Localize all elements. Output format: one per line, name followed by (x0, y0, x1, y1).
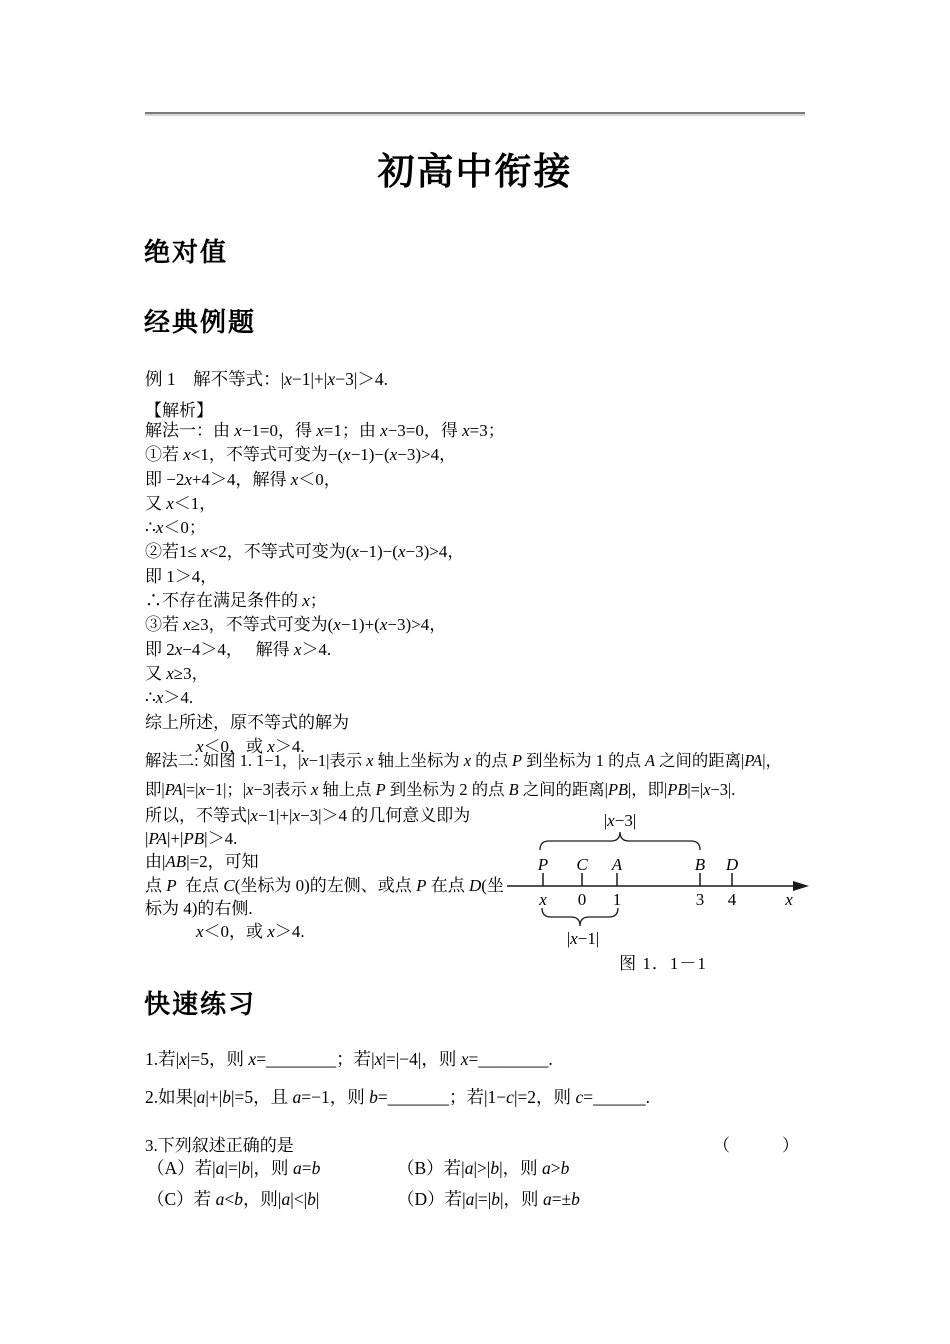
option-item: （D）若|a|=|b|，则 a=±b (397, 1188, 787, 1210)
solution-line: 即 1＞4， (145, 565, 835, 589)
solution-method-2-narrow-lines: 所以，不等式|x−1|+|x−3|＞4 的几何意义即为|PA|+|PB|＞4.由… (145, 804, 505, 943)
under-brace (542, 908, 618, 926)
solution-line: ∴x＞4. (145, 686, 835, 710)
solution-line: 即 −2x+4＞4，解得 x＜0， (145, 468, 835, 492)
solution-line: 又 x≥3， (145, 662, 835, 686)
solution-line: ③若 x≥3，不等式可变为(x−1)+(x−3)>4， (145, 613, 835, 637)
solution-line: ∴x＜0； (145, 516, 835, 540)
solution-line: 由|AB|=2，可知 (145, 850, 505, 873)
solution-line: 标为 4)的右侧. (145, 897, 505, 920)
header-divider (145, 112, 805, 114)
solution-line: 又 x＜1， (145, 492, 835, 516)
answer-blank-parentheses: （ ） (713, 1131, 805, 1156)
solution-line: ①若 x<1，不等式可变为−(x−1)−(x−3)>4， (145, 443, 835, 467)
solution-line: 即|PA|=|x−1|；|x−3|表示 x 轴上点 P 到坐标为 2 的点 B … (145, 776, 835, 805)
section-heading-absolute-value: 绝对值 (144, 232, 228, 269)
solution-line: 点 P 在点 C(坐标为 0)的左侧、或点 P 在点 D(坐 (145, 874, 505, 897)
axis-arrow-icon (793, 881, 809, 891)
analysis-label: 【解析】 (145, 396, 213, 421)
solution-line: 解法二: 如图 1. 1−1，|x−1|表示 x 轴上坐标为 x 的点 P 到坐… (145, 747, 835, 776)
section-heading-classic-examples: 经典例题 (144, 302, 256, 339)
point-label-C: C (576, 855, 587, 875)
brace-label-x-minus-1: |x−1| (567, 929, 599, 949)
point-label-B: B (695, 855, 705, 875)
section-heading-quick-practice: 快速练习 (144, 984, 256, 1021)
option-item: （C）若 a<b，则|a|<|b| (147, 1188, 397, 1210)
axis-label-x: x (785, 890, 793, 910)
solution-method-2-full-lines: 解法二: 如图 1. 1−1，|x−1|表示 x 轴上坐标为 x 的点 P 到坐… (145, 747, 835, 804)
solution-line: 解法一：由 x−1=0，得 x=1；由 x−3=0，得 x=3； (145, 419, 835, 443)
brace-label-x-minus-3: |x−3| (604, 811, 636, 831)
option-item: （A）若|a|=|b|，则 a=b (147, 1157, 397, 1179)
question-3-text: 3.下列叙述正确的是 (145, 1136, 294, 1155)
tick-label-0: 0 (578, 890, 587, 910)
figure-caption: 图 1．1－1 (619, 949, 707, 974)
example-1-problem: 例 1 解不等式：|x−1|+|x−3|＞4. (145, 366, 388, 391)
solution-line: |PA|+|PB|＞4. (145, 827, 505, 850)
tick-label-x: x (539, 890, 547, 910)
solution-method-1: 解法一：由 x−1=0，得 x=1；由 x−3=0，得 x=3；①若 x<1，不… (145, 419, 835, 759)
point-label-D: D (726, 855, 738, 875)
solution-line: 综上所述，原不等式的解为 (145, 711, 835, 735)
over-brace (540, 832, 700, 850)
tick-label-4: 4 (728, 890, 737, 910)
number-line-figure: |x−3| P C A B D x 0 1 3 4 x |x−1| 图 1．1－… (505, 810, 817, 970)
solution-line: ∴不存在满足条件的 x； (145, 589, 835, 613)
question-3-options: （A）若|a|=|b|，则 a=b（B）若|a|>|b|，则 a>b（C）若 a… (147, 1157, 787, 1210)
practice-question-1: 1.若|x|=5，则 x=________；若|x|=|−4|，则 x=____… (145, 1046, 553, 1071)
solution-line: ②若1≤ x<2，不等式可变为(x−1)−(x−3)>4， (145, 540, 835, 564)
solution-line: 即 2x−4＞4， 解得 x＞4. (145, 638, 835, 662)
page-title: 初高中衔接 (145, 141, 805, 195)
number-line-graphic (505, 810, 817, 970)
point-label-P: P (538, 855, 548, 875)
tick-label-3: 3 (696, 890, 705, 910)
practice-question-3: 3.下列叙述正确的是 （ ） (145, 1131, 805, 1156)
solution-line: 所以，不等式|x−1|+|x−3|＞4 的几何意义即为 (145, 804, 505, 827)
practice-question-2: 2.如果|a|+|b|=5，且 a=−1，则 b=_______；若|1−c|=… (145, 1084, 650, 1109)
option-item: （B）若|a|>|b|，则 a>b (397, 1157, 787, 1179)
point-label-A: A (612, 855, 622, 875)
tick-label-1: 1 (613, 890, 622, 910)
solution-line: x＜0，或 x＞4. (145, 920, 505, 943)
worksheet-page: 初高中衔接 绝对值 经典例题 例 1 解不等式：|x−1|+|x−3|＞4. 【… (0, 0, 950, 1344)
solution-method-2: 解法二: 如图 1. 1−1，|x−1|表示 x 轴上坐标为 x 的点 P 到坐… (145, 747, 835, 943)
